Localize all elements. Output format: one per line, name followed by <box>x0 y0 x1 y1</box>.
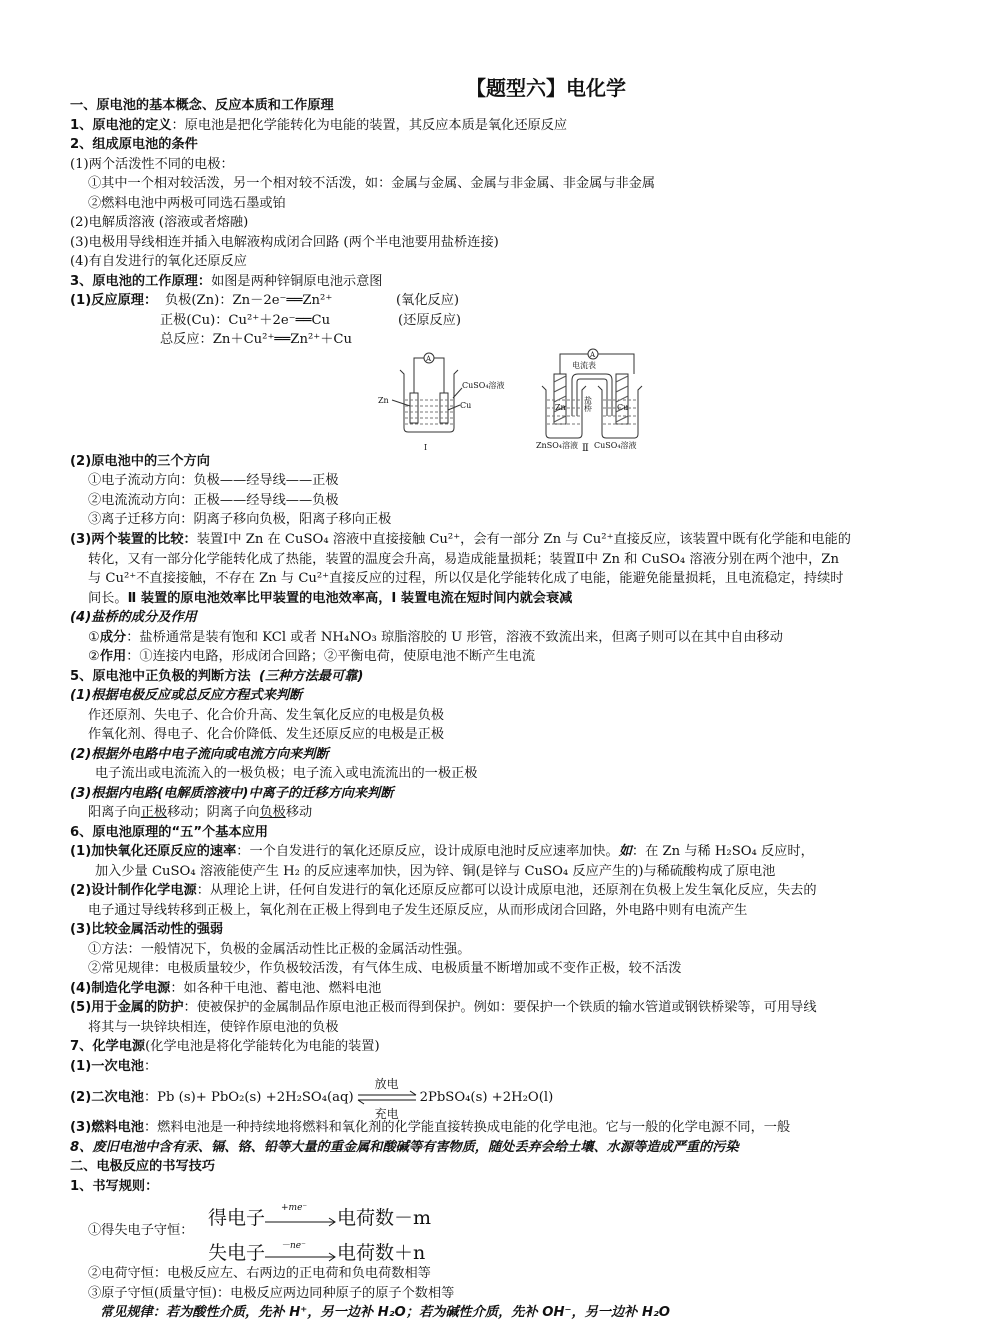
composition-label: 成分 <box>100 630 126 645</box>
application-5: (5)用于金属的防护：使被保护的金属制品作原电池正极而得到保护。例如：要保护一个… <box>70 998 817 1018</box>
judgment-method-2: (2)根据外电路中电子流向或电流方向来判断 <box>70 745 329 765</box>
negative-electrode-underlined: 负极 <box>259 805 285 820</box>
svg-text:CuSO₄溶液: CuSO₄溶液 <box>594 440 637 450</box>
primary-battery: (1)一次电池： <box>70 1057 157 1077</box>
judgment-heading-line: 5、原电池中正负极的判断方法 (三种方法最可靠) <box>70 667 363 687</box>
application-5-line-2: 将其与一块锌块相连，使锌作原电池的负极 <box>88 1018 339 1038</box>
svg-text:CuSO₄溶液: CuSO₄溶液 <box>462 380 505 390</box>
definition-line: 1、原电池的定义：原电池是把化学能转化为电能的装置，其反应本质是氧化还原反应 <box>70 116 567 136</box>
galvanic-cell-figure: A Zn Cu CuSO₄溶液 Ⅰ A 电流表 盐桥 Zn Cu ZnSO₄溶液… <box>372 348 662 457</box>
rule-3: ③原子守恒(质量守恒)：电极反应两边同种原子的原子个数相等 <box>88 1284 454 1304</box>
condition-3: (3)电极用导线相连并插入电解液构成闭合回路 (两个半电池要用盐桥连接) <box>70 233 499 253</box>
oxidation-note: (氧化反应) <box>396 291 459 311</box>
comparison-text-4a: 间长。 <box>88 591 128 606</box>
reversible-arrow-icon: 放电充电 <box>356 1089 418 1107</box>
comparison-line-2: 转化，又有一部分化学能转化成了热能，装置的温度会升高，易造成能量损耗；装置Ⅱ中 … <box>88 550 839 570</box>
svg-text:Cu: Cu <box>460 401 471 410</box>
condition-4: (4)有自发进行的氧化还原反应 <box>70 252 247 272</box>
svg-text:A: A <box>425 355 432 363</box>
application-3a: ①方法：一般情况下，负极的金属活动性比正极的金属活动性强。 <box>88 940 470 960</box>
application-1-label: (1)加快氧化还原反应的速率 <box>70 844 236 859</box>
condition-2: (2)电解质溶液 (溶液或者熔融) <box>70 213 248 233</box>
secondary-battery-label: (2)二次电池 <box>70 1090 144 1105</box>
application-3-label: (3)比较金属活动性的强弱 <box>70 920 223 940</box>
salt-bridge-composition: ①成分：盐桥通常是装有饱和 KCl 或者 NH₄NO₃ 琼脂溶胶的 U 形管，溶… <box>88 628 783 648</box>
svg-text:Zn: Zn <box>555 403 566 412</box>
application-5-label: (5)用于金属的防护 <box>70 1000 184 1015</box>
condition-1b: ②燃料电池中两极可同选石墨或铂 <box>88 194 286 214</box>
application-2-label: (2)设计制作化学电源 <box>70 883 197 898</box>
fuel-cell-label: (3)燃料电池 <box>70 1120 144 1135</box>
rule-2: ②电荷守恒：电极反应左、右两边的正电荷和负电荷数相等 <box>88 1264 431 1284</box>
svg-text:盐桥: 盐桥 <box>584 395 593 413</box>
three-directions-heading: (2)原电池中的三个方向 <box>70 452 210 472</box>
judgment-1a: 作还原剂、失电子、化合价升高、发生氧化反应的电极是负极 <box>88 706 444 726</box>
total-reaction-equation: 总反应：Zn＋Cu²⁺══Zn²⁺＋Cu <box>160 330 352 350</box>
document-page: 【题型六】电化学 一、原电池的基本概念、反应本质和工作原理 1、原电池的定义：原… <box>0 0 992 1335</box>
direction-current: ②电流流动方向：正极——经导线——负极 <box>88 491 339 511</box>
application-2-line-2: 电子通过导线转移到正极上，氧化剂在正极上得到电子发生还原反应，从而形成闭合回路，… <box>88 901 747 921</box>
rule-1-label: ①得失电子守恒： <box>88 1221 194 1241</box>
condition-1: (1)两个活泼性不同的电极： <box>70 155 234 175</box>
figure-2-caption: Ⅱ <box>582 443 589 454</box>
judgment-method-3: (3)根据内电路(电解质溶液中)中离子的迁移方向来判断 <box>70 784 393 804</box>
applications-heading: 6、原电池原理的“五”个基本应用 <box>70 823 268 843</box>
judgment-method-1: (1)根据电极反应或总反应方程式来判断 <box>70 686 302 706</box>
function-text: ：①连接内电路，形成闭合回路；②平衡电荷，使原电池不断产生电流 <box>126 649 535 664</box>
gain-electron-rule: 得电子+me⁻电荷数－m <box>208 1203 431 1230</box>
application-1: (1)加快氧化还原反应的速率：一个自发进行的氧化还原反应，设计成原电池时反应速率… <box>70 842 814 862</box>
function-label: 作用 <box>100 649 126 664</box>
right-arrow-icon: －ne⁻ <box>265 1247 337 1261</box>
direction-electron: ①电子流动方向：负极——经导线——正极 <box>88 471 339 491</box>
salt-bridge-heading: (4)盐桥的成分及作用 <box>70 608 197 628</box>
waste-battery-note: 8、废旧电池中含有汞、镉、铬、铅等大量的重金属和酸碱等有害物质，随处丢弃会给土壤… <box>70 1138 739 1158</box>
comparison-conclusion: Ⅱ 装置的原电池效率比甲装置的电池效率高，Ⅰ 装置电流在短时间内就会衰减 <box>128 591 573 606</box>
negative-electrode-equation: 负极(Zn)：Zn－2e⁻══Zn²⁺ <box>165 291 332 311</box>
application-2: (2)设计制作化学电源：从理论上讲，任何自发进行的氧化还原反应都可以设计成原电池… <box>70 881 817 901</box>
application-4: (4)制造化学电源：如各种干电池、蓄电池、燃料电池 <box>70 979 381 999</box>
zinc-copper-cell-diagrams: A Zn Cu CuSO₄溶液 Ⅰ A 电流表 盐桥 Zn Cu ZnSO₄溶液… <box>372 348 662 453</box>
section-heading-1: 一、原电池的基本概念、反应本质和工作原理 <box>70 96 334 116</box>
svg-text:ZnSO₄溶液: ZnSO₄溶液 <box>536 440 578 450</box>
writing-rules-heading: 1、书写规则： <box>70 1177 158 1197</box>
conditions-heading: 2、组成原电池的条件 <box>70 135 198 155</box>
lead-acid-rhs: 2PbSO₄(s) +2H₂O(l) <box>420 1090 554 1105</box>
comparison-line-4: 间长。Ⅱ 装置的原电池效率比甲装置的电池效率高，Ⅰ 装置电流在短时间内就会衰减 <box>88 589 572 609</box>
svg-text:电流表: 电流表 <box>572 360 596 370</box>
comparison-text-1: 装置Ⅰ中 Zn 在 CuSO₄ 溶液中直接接触 Cu²⁺，会有一部分 Zn 与 … <box>197 532 851 547</box>
judgment-2a: 电子流出或电流流入的一极负极；电子流入或电流流出的一极正极 <box>95 764 477 784</box>
right-arrow-icon: +me⁻ <box>265 1212 337 1226</box>
reduction-note: (还原反应) <box>398 311 461 331</box>
reaction-principle-label: (1)反应原理： <box>70 293 157 308</box>
lead-acid-lhs: ：Pb (s)+ PbO₂(s) +2H₂SO₄(aq) <box>144 1090 354 1105</box>
common-rule: 常见规律：若为酸性介质，先补 H⁺，另一边补 H₂O；若为碱性介质，先补 OH⁻… <box>100 1303 670 1323</box>
chemical-power-source: 7、化学电源(化学电池是将化学能转化为电能的装置) <box>70 1037 380 1057</box>
application-4-label: (4)制造化学电源 <box>70 981 170 996</box>
discharge-label: 放电 <box>356 1075 418 1095</box>
fuel-cell: (3)燃料电池：燃料电池是一种持续地将燃料和氧化剂的化学能直接转换成电能的化学电… <box>70 1118 790 1138</box>
secondary-battery: (2)二次电池：Pb (s)+ PbO₂(s) +2H₂SO₄(aq)放电充电2… <box>70 1088 553 1108</box>
working-principle-line: 3、原电池的工作原理：如图是两种锌铜原电池示意图 <box>70 272 383 292</box>
working-principle-label: 3、原电池的工作原理： <box>70 274 211 289</box>
working-principle-text: 如图是两种锌铜原电池示意图 <box>211 274 382 289</box>
power-source-label: 7、化学电源 <box>70 1039 145 1054</box>
svg-text:Cu: Cu <box>617 403 628 412</box>
judgment-3a: 阳离子向正极移动；阴离子向负极移动 <box>88 803 312 823</box>
judgment-heading: 5、原电池中正负极的判断方法 <box>70 669 251 684</box>
salt-bridge-function: ②作用：①连接内电路，形成闭合回路；②平衡电荷，使原电池不断产生电流 <box>88 647 535 667</box>
comparison-label: (3)两个装置的比较： <box>70 532 197 547</box>
svg-text:Zn: Zn <box>378 396 389 405</box>
condition-1a: ①其中一个相对较活泼，另一个相对较不活泼，如：金属与金属、金属与非金属、非金属与… <box>88 174 655 194</box>
judgment-1b: 作氧化剂、得电子、化合价降低、发生还原反应的电极是正极 <box>88 725 444 745</box>
reaction-principle-line: (1)反应原理： <box>70 291 157 311</box>
comparison-line-1: (3)两个装置的比较：装置Ⅰ中 Zn 在 CuSO₄ 溶液中直接接触 Cu²⁺，… <box>70 530 851 550</box>
definition-label: 1、原电池的定义 <box>70 118 172 133</box>
direction-ion: ③离子迁移方向：阴离子移向负极，阳离子移向正极 <box>88 510 391 530</box>
definition-text: ：原电池是把化学能转化为电能的装置，其反应本质是氧化还原反应 <box>172 118 568 133</box>
positive-electrode-equation: 正极(Cu)：Cu²⁺＋2e⁻══Cu <box>160 311 330 331</box>
comparison-line-3: 与 Cu²⁺不直接接触，不存在 Zn 与 Cu²⁺直接反应的过程，所以仅是化学能… <box>88 569 843 589</box>
positive-electrode-underlined: 正极 <box>141 805 167 820</box>
judgment-note: (三种方法最可靠) <box>259 669 363 684</box>
lose-electron-rule: 失电子－ne⁻电荷数＋n <box>208 1238 425 1265</box>
section-heading-2: 二、电极反应的书写技巧 <box>70 1157 215 1177</box>
svg-text:A: A <box>589 351 596 359</box>
application-1-line-2: 加入少量 CuSO₄ 溶液能使产生 H₂ 的反应速率加快，因为锌、铜(是锌与 C… <box>95 862 775 882</box>
application-3b: ②常见规律：电极质量较少，作负极较活泼，有气体生成、电极质量不断增加或不变作正极… <box>88 959 681 979</box>
svg-text:Ⅰ: Ⅰ <box>424 443 427 452</box>
composition-text: ：盐桥通常是装有饱和 KCl 或者 NH₄NO₃ 琼脂溶胶的 U 形管，溶液不致… <box>126 630 783 645</box>
